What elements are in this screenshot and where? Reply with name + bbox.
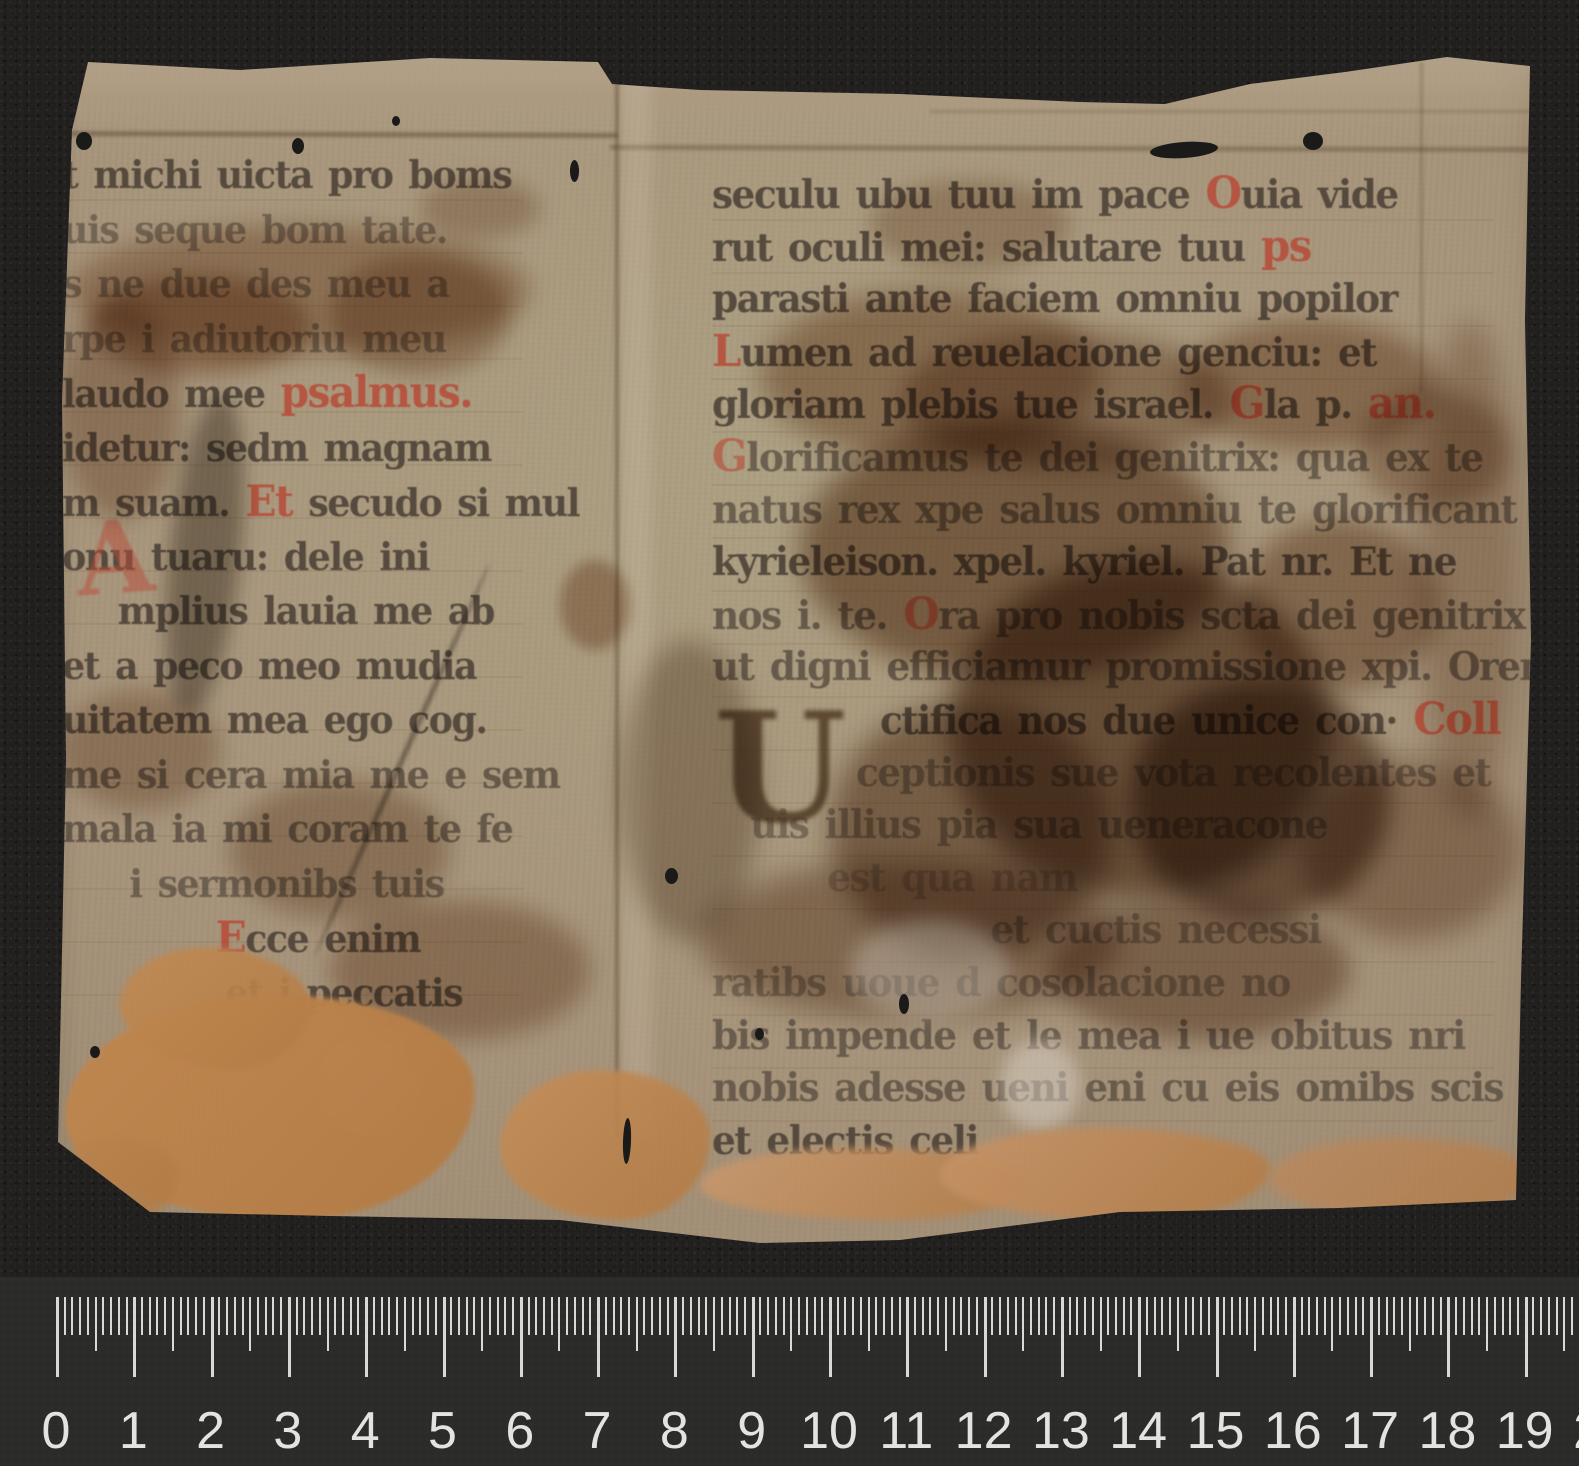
- brown-stain: [420, 178, 540, 238]
- ruler-tick: [1556, 1297, 1558, 1335]
- ruler-tick: [1061, 1297, 1064, 1377]
- ruler-tick: [814, 1297, 816, 1335]
- ruler-tick: [651, 1297, 653, 1335]
- ruler-number: 10: [800, 1401, 858, 1461]
- parchment-hole: [665, 868, 678, 884]
- ink-text: nobis adesse ueni eni cu eis omibs scis: [712, 1065, 1503, 1111]
- ruler-tick: [1401, 1297, 1403, 1335]
- ruler-tick: [605, 1297, 607, 1335]
- ruler-tick: [806, 1297, 808, 1335]
- pale-abrasion: [850, 920, 1010, 1020]
- ruler-tick: [1084, 1297, 1086, 1335]
- ruler-tick: [1455, 1297, 1457, 1335]
- ruler-tick: [1378, 1297, 1380, 1335]
- manuscript-text-line: nobis adesse ueni eni cu eis omibs scis: [712, 1062, 1494, 1115]
- ruler-tick: [211, 1297, 214, 1377]
- ruler-tick: [713, 1297, 715, 1351]
- ruler-tick: [1293, 1297, 1296, 1377]
- ruler-tick: [327, 1297, 329, 1351]
- ruler-tick: [1076, 1297, 1078, 1335]
- ruler-tick: [1185, 1297, 1187, 1335]
- ruler-tick: [775, 1297, 777, 1335]
- ruler-tick: [257, 1297, 259, 1335]
- ruler-tick: [1216, 1297, 1219, 1377]
- ruler-tick: [296, 1297, 298, 1335]
- rubric-text: G: [712, 431, 746, 482]
- ruler-tick: [1347, 1297, 1349, 1335]
- ruler-tick: [1548, 1297, 1550, 1335]
- rubric-text: Et: [245, 477, 292, 527]
- ruler-tick: [226, 1297, 228, 1335]
- brown-stain: [230, 780, 450, 920]
- ruler-number: 14: [1109, 1401, 1167, 1461]
- ruler-tick: [767, 1297, 769, 1335]
- ruler-tick: [1030, 1297, 1032, 1335]
- ruler-tick: [620, 1297, 622, 1335]
- parchment-hole: [899, 994, 909, 1014]
- ruler-tick: [582, 1297, 584, 1335]
- ruler-tick: [87, 1297, 89, 1335]
- ruler-tick: [1107, 1297, 1109, 1335]
- ruler-tick: [1200, 1297, 1202, 1335]
- ruler-tick: [435, 1297, 437, 1335]
- ruler-number: 17: [1341, 1401, 1399, 1461]
- ruler-tick: [922, 1297, 924, 1335]
- ruler-tick: [589, 1297, 591, 1335]
- ruler-number: 0: [42, 1401, 71, 1461]
- ruler-tick: [868, 1297, 870, 1351]
- brown-stain: [1240, 520, 1440, 690]
- ruler-tick: [427, 1297, 429, 1335]
- brown-stain: [1050, 900, 1350, 1040]
- ruler-number: 4: [351, 1401, 380, 1461]
- ruler-tick: [1239, 1297, 1241, 1335]
- parchment-hole: [292, 138, 304, 154]
- ruler-tick: [1177, 1297, 1179, 1351]
- ruler-tick: [659, 1297, 661, 1335]
- ruler-tick: [945, 1297, 947, 1351]
- ruler-tick: [234, 1297, 236, 1335]
- ruler-tick: [473, 1297, 475, 1335]
- ruler-tick: [744, 1297, 746, 1335]
- ruler-tick: [172, 1297, 174, 1351]
- ruler-tick: [1316, 1297, 1318, 1335]
- ruler-tick: [1254, 1297, 1256, 1351]
- ruler-tick: [1440, 1297, 1442, 1335]
- ruler-tick: [783, 1297, 785, 1335]
- brown-stain: [330, 255, 510, 375]
- ruler-tick: [1115, 1297, 1117, 1335]
- ruler-tick: [891, 1297, 893, 1335]
- ruler-tick: [1069, 1297, 1071, 1335]
- ruler-number: 11: [879, 1401, 933, 1461]
- ruler-tick: [1424, 1297, 1426, 1335]
- ruler-number: 8: [660, 1401, 689, 1461]
- ruler-tick: [265, 1297, 267, 1335]
- ruler-tick: [520, 1297, 523, 1377]
- manuscript-text-line: seculu ubu tuu im pace Ouia vide: [712, 168, 1494, 221]
- pale-abrasion: [1000, 1040, 1080, 1130]
- ruler-tick: [759, 1297, 761, 1335]
- ink-text: secudo si mul: [292, 480, 579, 525]
- ruler-tick: [682, 1297, 684, 1335]
- ruler-tick: [1100, 1297, 1102, 1351]
- ruler-tick: [937, 1297, 939, 1335]
- ruler-tick: [156, 1297, 158, 1335]
- ruler-tick: [504, 1297, 506, 1335]
- ruler-tick: [1130, 1297, 1132, 1335]
- brown-stain: [560, 560, 630, 650]
- ruler-tick: [558, 1297, 560, 1351]
- ruler-tick: [953, 1297, 955, 1335]
- ruler-tick: [1146, 1297, 1148, 1335]
- ruler-number: 6: [505, 1401, 534, 1461]
- brown-stain: [1420, 320, 1520, 820]
- ruler-tick: [1517, 1297, 1519, 1335]
- brown-stain: [620, 640, 760, 940]
- ruler-tick: [729, 1297, 731, 1335]
- parchment-fragment: t michi uicta pro bomsuis seque bom tate…: [0, 0, 1579, 1466]
- ruler-tick: [1525, 1297, 1528, 1377]
- ruler-tick: [690, 1297, 692, 1335]
- ruler-tick: [1123, 1297, 1125, 1335]
- ruler-tick: [597, 1297, 600, 1377]
- ruler-tick: [118, 1297, 120, 1335]
- ruler-tick: [1231, 1297, 1233, 1335]
- ruler-tick: [412, 1297, 414, 1335]
- ruler-tick: [466, 1297, 468, 1335]
- ruler-tick: [56, 1297, 59, 1377]
- ruler-tick: [481, 1297, 483, 1351]
- ruler-tick: [1339, 1297, 1341, 1335]
- ruler-tick: [218, 1297, 220, 1335]
- ruler-tick: [667, 1297, 669, 1335]
- ruler-tick: [187, 1297, 189, 1335]
- ruler-tick: [133, 1297, 136, 1377]
- ruler-tick: [1246, 1297, 1248, 1335]
- ruler-tick: [875, 1297, 877, 1335]
- ruler-tick: [1447, 1297, 1450, 1377]
- ruler-tick: [419, 1297, 421, 1335]
- ruler-tick: [705, 1297, 707, 1335]
- ruler-tick: [1540, 1297, 1542, 1335]
- ruler-tick: [1432, 1297, 1434, 1335]
- ruler-tick: [628, 1297, 630, 1335]
- ruler-tick: [752, 1297, 755, 1377]
- ruler-tick: [1038, 1297, 1040, 1335]
- ruler-tick: [450, 1297, 452, 1335]
- ruler-tick: [489, 1297, 491, 1335]
- ruler-number: 12: [955, 1401, 1013, 1461]
- ruler-tick: [844, 1297, 846, 1335]
- brown-stain: [60, 300, 180, 520]
- ruler-tick: [64, 1297, 66, 1335]
- ruler-tick: [551, 1297, 553, 1335]
- ruler-tick: [272, 1297, 274, 1335]
- ruler-tick: [149, 1297, 151, 1335]
- ruler-tick: [1154, 1297, 1156, 1335]
- ruler-tick: [1208, 1297, 1210, 1335]
- ruler-tick: [373, 1297, 375, 1335]
- ruler-tick: [1324, 1297, 1326, 1335]
- ruler-tick: [837, 1297, 839, 1335]
- brown-stain: [870, 180, 1070, 270]
- ruler-tick: [357, 1297, 359, 1335]
- ink-text: et a peco meo mudia: [62, 643, 476, 688]
- ruler-tick: [126, 1297, 128, 1335]
- ruler-tick: [249, 1297, 251, 1351]
- ruler-tick: [698, 1297, 700, 1335]
- ruler-tick: [280, 1297, 282, 1335]
- ruler-tick: [790, 1297, 792, 1351]
- ruler-number: 5: [428, 1401, 457, 1461]
- ruler-tick: [543, 1297, 545, 1335]
- ruler-tick: [1262, 1297, 1264, 1335]
- ruler-tick: [381, 1297, 383, 1335]
- brown-stain: [60, 690, 220, 810]
- ruler-number: 3: [273, 1401, 302, 1461]
- ruler-number: 20: [1573, 1401, 1579, 1461]
- ruler-tick: [1223, 1297, 1225, 1335]
- ruler-tick: [1563, 1297, 1565, 1351]
- ruler-number: 9: [737, 1401, 766, 1461]
- ruler-tick: [798, 1297, 800, 1335]
- ruler-tick: [991, 1297, 993, 1335]
- ruler-tick: [999, 1297, 1001, 1335]
- ruler-tick: [1502, 1297, 1504, 1335]
- rubric-text: psalmus.: [281, 368, 472, 418]
- parchment-hole: [570, 160, 579, 182]
- ruler-tick: [319, 1297, 321, 1335]
- ruler-tick: [180, 1297, 182, 1335]
- ruler-tick: [404, 1297, 406, 1351]
- parchment-hole: [392, 116, 400, 126]
- ruler-tick: [1393, 1297, 1395, 1335]
- ruler-tick: [566, 1297, 568, 1335]
- ruler-tick: [976, 1297, 978, 1335]
- ruler-tick: [1138, 1297, 1141, 1377]
- ruler-tick: [102, 1297, 104, 1335]
- ruler-tick: [643, 1297, 645, 1335]
- ruler-tick: [1308, 1297, 1310, 1335]
- orange-repair-patch: [58, 1138, 178, 1220]
- ruler-tick: [1370, 1297, 1373, 1377]
- ruler-tick: [860, 1297, 862, 1335]
- ruler-tick: [95, 1297, 97, 1351]
- ruler-tick: [311, 1297, 313, 1335]
- parchment-hole: [1303, 132, 1323, 150]
- ruler-tick: [512, 1297, 514, 1335]
- rubric-text: L: [712, 326, 740, 377]
- ruler-tick: [497, 1297, 499, 1335]
- ruler-tick: [288, 1297, 291, 1377]
- ruler-tick: [79, 1297, 81, 1335]
- ruler-tick: [350, 1297, 352, 1335]
- ruler-tick: [1301, 1297, 1303, 1335]
- ruler-tick: [1416, 1297, 1418, 1335]
- ruler-tick: [1277, 1297, 1279, 1335]
- ruler-tick: [1007, 1297, 1009, 1335]
- ruler-tick: [1092, 1297, 1094, 1335]
- ruler-number: 7: [583, 1401, 612, 1461]
- ruler-tick: [1169, 1297, 1171, 1335]
- red-initial-letter: A: [73, 505, 157, 610]
- ruler-tick: [960, 1297, 962, 1335]
- ruler-tick: [1355, 1297, 1357, 1335]
- ruler-tick: [1015, 1297, 1017, 1335]
- ruler-tick: [821, 1297, 823, 1335]
- ruler-tick: [1285, 1297, 1287, 1335]
- ruler-tick: [1022, 1297, 1024, 1351]
- ruler-tick: [736, 1297, 738, 1335]
- ruler-tick: [574, 1297, 576, 1335]
- photograph-scene: t michi uicta pro bomsuis seque bom tate…: [0, 0, 1579, 1466]
- ruler-tick: [1045, 1297, 1047, 1335]
- ink-text: bis impende et le mea i ue obitus nri: [712, 1013, 1465, 1059]
- ruler-tick: [1362, 1297, 1364, 1335]
- ink-text: uia vide: [1240, 172, 1397, 218]
- ruler-number: 19: [1496, 1401, 1554, 1461]
- ruler-tick: [1471, 1297, 1473, 1335]
- ruler-tick: [71, 1297, 73, 1335]
- parchment-hole: [90, 1046, 100, 1058]
- ruler-tick: [458, 1297, 460, 1335]
- ruler-tick: [1494, 1297, 1496, 1335]
- ruler-tick: [929, 1297, 931, 1335]
- ruler-tick: [914, 1297, 916, 1335]
- ruler-tick: [636, 1297, 638, 1351]
- ruler-tick: [1331, 1297, 1333, 1351]
- ruler-tick: [1409, 1297, 1411, 1351]
- ruler-tick: [203, 1297, 205, 1335]
- ruler-tick: [613, 1297, 615, 1335]
- ruler-number: 2: [196, 1401, 225, 1461]
- centimeter-ruler: 01234567891011121314151617181920: [0, 1277, 1579, 1466]
- ruler-tick: [396, 1297, 398, 1335]
- ruler-tick: [334, 1297, 336, 1335]
- manuscript-text-line: rut oculi mei: salutare tuu ps: [712, 221, 1494, 274]
- ruler-tick: [110, 1297, 112, 1335]
- ruler-tick: [1192, 1297, 1194, 1335]
- parchment-hole: [755, 1028, 764, 1040]
- ruler-tick: [883, 1297, 885, 1335]
- ruler-tick: [899, 1297, 901, 1335]
- ruler-tick: [1463, 1297, 1465, 1335]
- ruler-tick: [1486, 1297, 1488, 1351]
- ruler-tick: [443, 1297, 446, 1377]
- ruler-tick: [1161, 1297, 1163, 1335]
- ruler-tick: [528, 1297, 530, 1335]
- ruler-tick: [141, 1297, 143, 1335]
- ruler-tick: [1053, 1297, 1055, 1335]
- ruler-tick: [829, 1297, 832, 1377]
- ruler-tick: [1386, 1297, 1388, 1335]
- ruler-tick: [1571, 1297, 1573, 1335]
- ruler-tick: [984, 1297, 987, 1377]
- ruler-tick: [1532, 1297, 1534, 1335]
- ruler-number: 18: [1418, 1401, 1476, 1461]
- ruler-number: 15: [1187, 1401, 1245, 1461]
- ruler-tick: [721, 1297, 723, 1335]
- ruler-tick: [1478, 1297, 1480, 1335]
- ruler-number: 1: [119, 1401, 148, 1461]
- ruler-number: 16: [1264, 1401, 1322, 1461]
- ruler-tick: [1270, 1297, 1272, 1335]
- ruler-tick: [674, 1297, 677, 1377]
- ruler-tick: [365, 1297, 368, 1377]
- ruler-tick: [906, 1297, 909, 1377]
- ruler-tick: [1509, 1297, 1511, 1335]
- ruler-tick: [388, 1297, 390, 1335]
- ruler-tick: [164, 1297, 166, 1335]
- ruler-tick: [535, 1297, 537, 1335]
- ruler-tick: [195, 1297, 197, 1335]
- rubric-text: ps: [1261, 221, 1311, 272]
- ruler-tick: [852, 1297, 854, 1335]
- ruler-tick: [303, 1297, 305, 1335]
- rubric-text: O: [1205, 168, 1240, 219]
- ruler-tick: [342, 1297, 344, 1335]
- ruler-number: 13: [1032, 1401, 1090, 1461]
- ruler-tick: [242, 1297, 244, 1335]
- ruler-tick: [968, 1297, 970, 1335]
- parchment-hole: [76, 132, 92, 150]
